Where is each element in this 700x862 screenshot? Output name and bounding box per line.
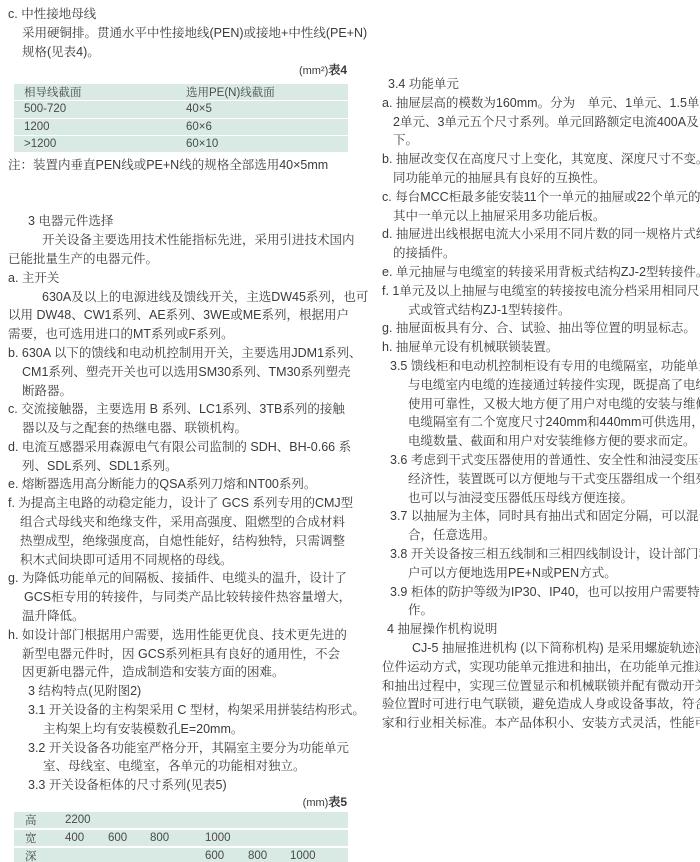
section-heading: 4 抽屉操作机构说明 — [382, 620, 698, 639]
text-line: a. 主开关 — [8, 269, 349, 288]
text-line: 作。 — [382, 601, 698, 620]
table-cell: 60×10 — [186, 138, 348, 150]
table4-caption: (mm²)表4 — [8, 61, 349, 80]
table-row: 高 2200 — [14, 812, 348, 828]
text-line: 3.8 开关设备按三相五线制和三相四线制设计，设计部门和用 — [382, 545, 698, 564]
section-electrical-components: 3 电器元件选择 开关设备主要选用技术性能指标先进，采用引进技术国内 已能批量生… — [8, 212, 349, 795]
text-line: g. 抽屉面板具有分、合、试验、抽出等位置的明显标志。 — [382, 319, 698, 338]
text-line: d. 电流互感器采用森源电气有限公司监制的 SDH、BH-0.66 系 — [8, 438, 349, 457]
text-line: GCS柜专用的转接件，与同类产品比较转接件热容量增大， — [8, 588, 349, 607]
table5-unit-label: (mm) — [303, 797, 329, 809]
text-line: 3.2 开关设备各功能室严格分开，其隔室主要分为功能单元 — [8, 739, 349, 758]
text-line: 合，任意选用。 — [382, 526, 698, 545]
text-line: d. 抽屉进出线根据电流大小采用不同片数的同一规格片式结构 — [382, 225, 698, 244]
table4-note: 注：装置内垂直PEN线或PE+N线的规格全部选用40×5mm — [8, 156, 349, 175]
text-line: 630A及以上的电源进线及馈线开关，主选DW45系列，也可 — [8, 288, 349, 307]
section-heading: 3.4 功能单元 — [382, 75, 698, 94]
table-cell: 宽 — [14, 830, 54, 846]
section-heading: 3 电器元件选择 — [8, 212, 349, 231]
text-line: CJ-5 抽屉推进机构 (以下简称机构) 是采用螺旋轨迹沿定 — [382, 639, 698, 658]
table-row: 1200 60×6 — [14, 118, 348, 135]
text-line: 式或管式结构ZJ-1型转接件。 — [382, 301, 698, 320]
text-line: b. 抽屉改变仅在高度尺寸上变化，其宽度、深度尺寸不变。相 — [382, 150, 698, 169]
text-line: h. 抽屉单元设有机械联锁装置。 — [382, 338, 698, 357]
text-line: 2单元、3单元五个尺寸系列。单元回路额定电流400A及以 — [382, 113, 698, 132]
table-cell: 1200 — [14, 121, 186, 133]
text-line: 3.7 以抽屉为主体，同时具有抽出式和固定分隔，可以混合组 — [382, 507, 698, 526]
right-column: 3.4 功能单元 a. 抽屉层高的模数为160mm。分为 单元、1单元、1.5单… — [382, 75, 698, 733]
text-line: 电缆隔室有二个宽度尺寸240mm和440mm可供选用，视 — [382, 413, 698, 432]
table-cell: 高 — [14, 812, 54, 828]
text-line: 使用可靠性，又极大地方便了用户对电缆的安装与维修。 — [382, 395, 698, 414]
text-line: 下。 — [382, 131, 698, 150]
table4-unit-label: (mm²) — [299, 65, 328, 77]
table-header-cell: 相导线截面 — [14, 84, 186, 100]
section-heading: 3 结构特点(见附图2) — [8, 682, 349, 701]
text-line: 因更新电器元件，造成制造和安装方面的困难。 — [8, 663, 349, 682]
text-line: 主构架上均有安装模数孔E=20mm。 — [8, 720, 349, 739]
table5-number-label: 表5 — [328, 795, 347, 809]
text-line: 积木式间块即可适用不同规格的母线。 — [8, 551, 349, 570]
table-cell: 800 — [237, 850, 279, 862]
text-line: 其中一单元以上抽屉采用多功能后板。 — [382, 207, 698, 226]
text-line: 位件运动方式，实现功能单元推进和抽出，在功能单元推进和 — [382, 658, 698, 677]
pe-n-conductor-table: 相导线截面 选用PE(N)线截面 500-720 40×5 1200 60×6 … — [14, 84, 348, 152]
text-line: 的接插件。 — [382, 244, 698, 263]
text-line: 和抽出过程中，实现三位置显示和机械联锁并配有微动开关试 — [382, 677, 698, 696]
table4-number-label: 表4 — [328, 63, 347, 77]
text-line: 热塑成型，绝缘强度高，自熄性能好，结构独特，只需调整 — [8, 532, 349, 551]
table-row: >1200 60×10 — [14, 135, 348, 152]
text-line: 新型电器元件时，因 GCS系列柜具有良好的通用性，不会 — [8, 645, 349, 664]
text-line: 断路器。 — [8, 382, 349, 401]
text-line: 开关设备主要选用技术性能指标先进，采用引进技术国内 — [8, 231, 349, 250]
text-line: 3.1 开关设备的主构架采用 C 型材，构架采用拼装结构形式。 — [8, 701, 349, 720]
table-row: 深 600 800 1000 — [14, 846, 348, 862]
text-line: 经济性，装置既可以方便地与干式变压器组成一个组列， — [382, 470, 698, 489]
text-line: 同功能单元的抽屉具有良好的互换性。 — [382, 169, 698, 188]
text-line: c. 中性接地母线 — [8, 5, 349, 24]
table-header-row: 相导线截面 选用PE(N)线截面 — [14, 84, 348, 100]
text-line: 3.9 柜体的防护等级为IP30、IP40，也可以按用户需要特殊制 — [382, 583, 698, 602]
text-line: e. 单元抽屉与电缆室的转接采用背板式结构ZJ-2型转接件。 — [382, 263, 698, 282]
text-line: 列、SDL系列、SDL1系列。 — [8, 457, 349, 476]
text-line: 户可以方便地选用PE+N或PEN方式。 — [382, 564, 698, 583]
table-cell: 600 — [194, 850, 237, 862]
table-cell: 1000 — [279, 850, 348, 862]
table-cell: 1000 — [194, 832, 237, 844]
table-cell: 60×6 — [186, 121, 348, 133]
text-line: e. 熔断器选用高分断能力的QSA系列刀熔和NT00系列。 — [8, 475, 349, 494]
text-line: 3.6 考虑到干式变压器使用的普通性、安全性和油浸变压器的 — [382, 451, 698, 470]
text-line: 需要，也可选用进口的MT系列或F系列。 — [8, 325, 349, 344]
table-header-cell: 选用PE(N)线截面 — [186, 84, 348, 100]
text-line: 也可以与油浸变压器低压母线方便连接。 — [382, 489, 698, 508]
text-line: 室、母线室、电缆室，各单元的功能相对独立。 — [8, 757, 349, 776]
text-line: 家和行业相关标准。本产品体积小、安装方式灵活，性能可靠。 — [382, 714, 698, 733]
text-line: 以用 DW48、CW1系列、AE系列、3WE或ME系列，根据用户 — [8, 306, 349, 325]
text-line: 组合式母线夹和绝缘支件，采用高强度、阻燃型的合成材料 — [8, 513, 349, 532]
cabinet-size-table: 高 2200 宽 400 600 800 1000 深 600 800 1000 — [14, 812, 348, 862]
table-row: 宽 400 600 800 1000 — [14, 828, 348, 846]
text-line: h. 如设计部门根据用户需要，选用性能更优良、技术更先进的 — [8, 626, 349, 645]
text-line: 温升降低。 — [8, 607, 349, 626]
table5-caption: (mm)表5 — [8, 796, 349, 808]
table-cell: 800 — [139, 832, 194, 844]
text-line: 规格(见表4)。 — [8, 43, 349, 62]
table-cell: 600 — [97, 832, 139, 844]
text-line: 电缆数量、截面和用户对安装维修方便的要求而定。 — [382, 432, 698, 451]
table-cell: 400 — [54, 832, 97, 844]
table-cell: 深 — [14, 848, 54, 862]
text-line: f. 1单元及以上抽屉与电缆室的转接按电流分档采用相同尺寸棒 — [382, 282, 698, 301]
text-line: 验位置时可进行电气联锁，避免造成人身或设备事故，符合国 — [382, 695, 698, 714]
text-line: 器以及与之配套的热继电器、联锁机构。 — [8, 419, 349, 438]
text-line: 与电缆室内电缆的连接通过转接件实现，既提高了电缆的 — [382, 376, 698, 395]
table-cell: 2200 — [54, 814, 97, 826]
left-column: c. 中性接地母线 采用硬铜排。贯通水平中性接地线(PEN)或接地+中性线(PE… — [8, 5, 349, 862]
text-line: 采用硬铜排。贯通水平中性接地线(PEN)或接地+中性线(PE+N) — [8, 24, 349, 43]
text-line: 3.5 馈线柜和电动机控制柜设有专用的电缆隔室，功能单元室 — [382, 357, 698, 376]
table-cell: 40×5 — [186, 103, 348, 115]
table-cell: >1200 — [14, 138, 186, 150]
text-line: 3.3 开关设备柜体的尺寸系列(见表5) — [8, 776, 349, 795]
text-line: g. 为降低功能单元的间隔板、接插件、电缆头的温升，设计了 — [8, 569, 349, 588]
text-line: 已能批量生产的电器元件。 — [8, 250, 349, 269]
table-row: 500-720 40×5 — [14, 100, 348, 117]
text-line: f. 为提高主电路的动稳定能力，设计了 GCS 系列专用的CMJ型 — [8, 494, 349, 513]
text-line: c. 交流接触器，主要选用 B 系列、LC1系列、3TB系列的接触 — [8, 400, 349, 419]
text-line: c. 每台MCC柜最多能安装11个一单元的抽屉或22个单元的抽屉。 — [382, 188, 698, 207]
text-line: b. 630A 以下的馈线和电动机控制用开关，主要选用JDM1系列、 — [8, 344, 349, 363]
text-line: a. 抽屉层高的模数为160mm。分为 单元、1单元、1.5单元、 — [382, 94, 698, 113]
text-line: CM1系列、塑壳开关也可以选用SM30系列、TM30系列塑壳 — [8, 363, 349, 382]
table-cell: 500-720 — [14, 103, 186, 115]
